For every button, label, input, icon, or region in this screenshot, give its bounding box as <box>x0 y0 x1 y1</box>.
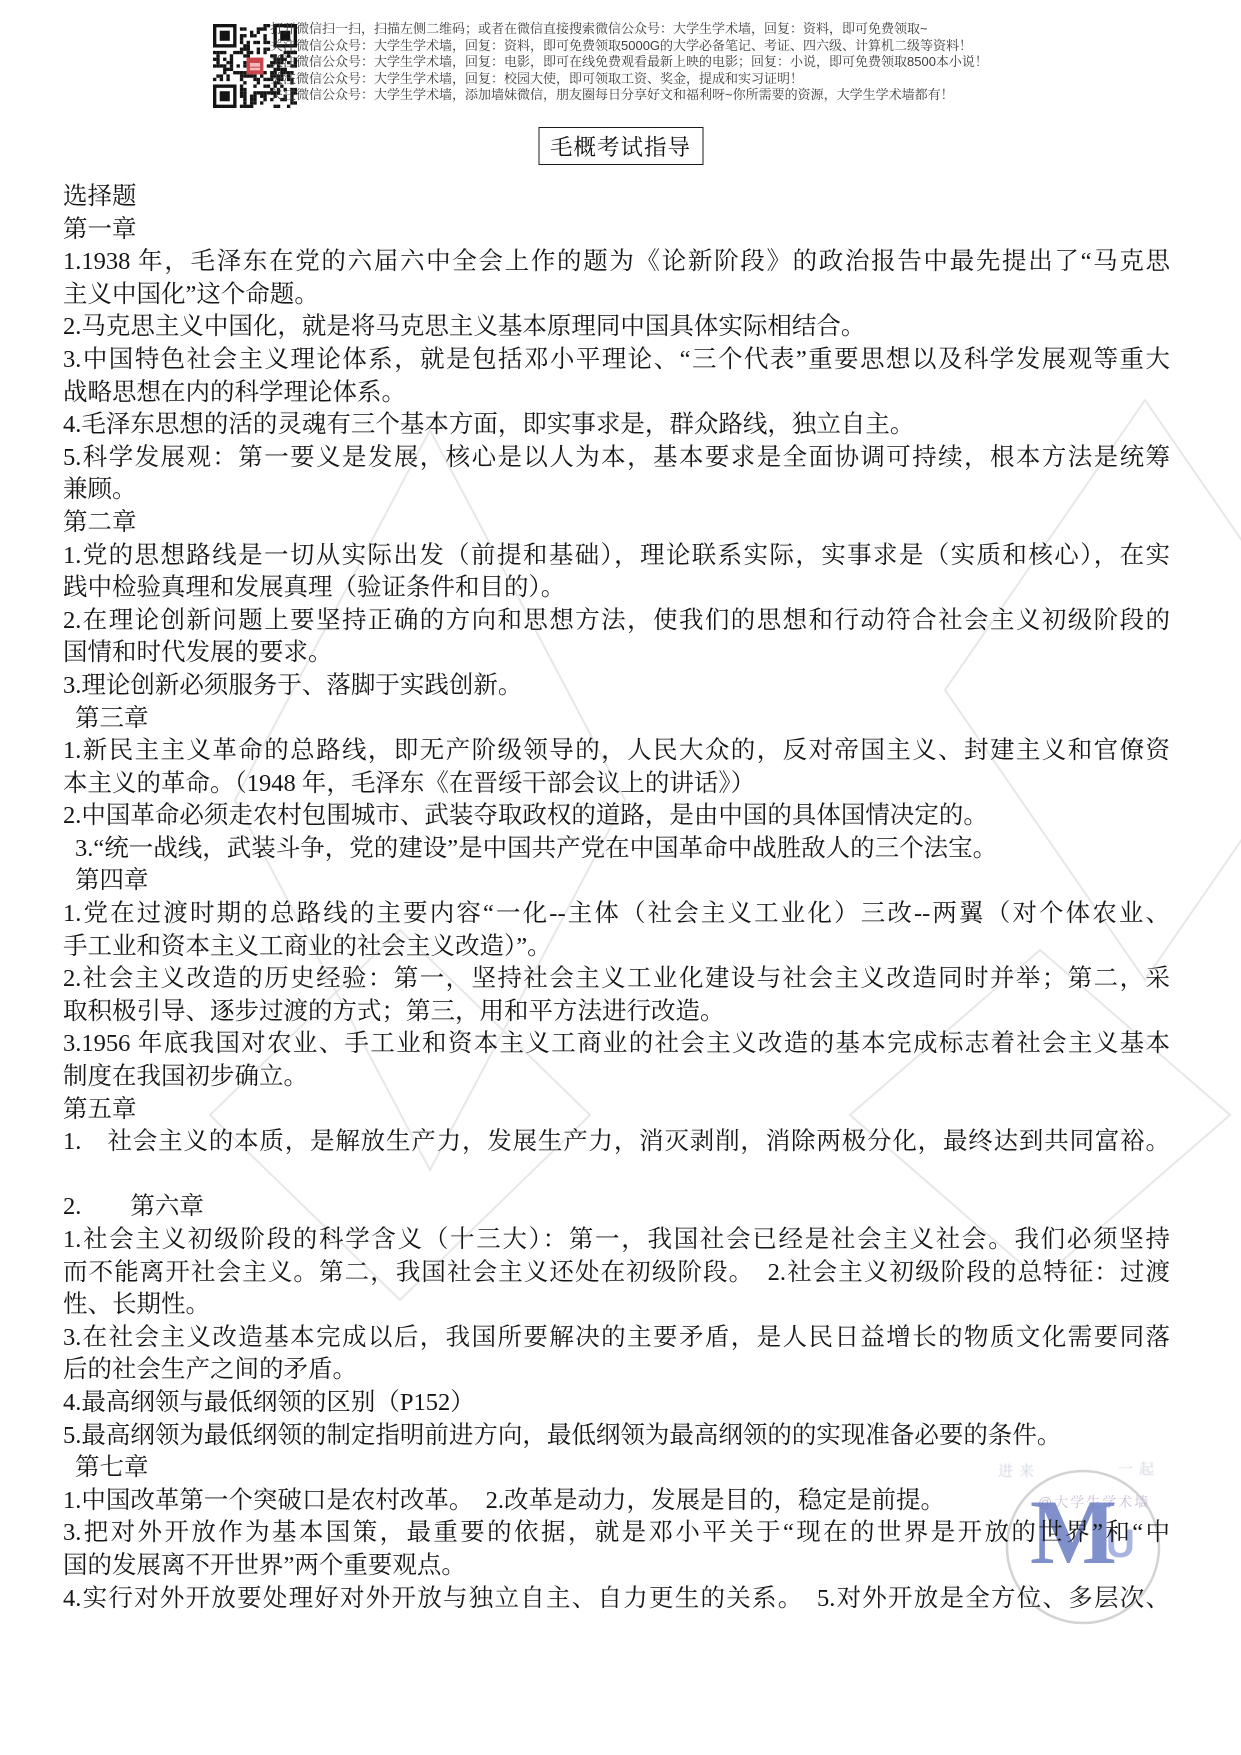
body-text-line: 3.“统一战线，武装斗争，党的建设”是中国共产党在中国革命中战胜敌人的三个法宝。 <box>63 833 1170 866</box>
body-text-line: 制度在我国初步确立。 <box>63 1061 1170 1094</box>
body-text-line: 第一章 <box>63 214 1170 247</box>
body-text-line: 国情和时代发展的要求。 <box>63 637 1170 670</box>
body-text-line: 践中检验真理和发展真理（验证条件和目的）。 <box>63 572 1170 605</box>
body-text-line: 第二章 <box>63 507 1170 540</box>
body-text-line: 1.党在过渡时期的总路线的主要内容“一化--主体（社会主义工业化）三改--两翼（… <box>63 898 1170 931</box>
body-text-line: 2.马克思主义中国化，就是将马克思主义基本原理同中国具体实际相结合。 <box>63 311 1170 344</box>
body-text-line: 战略思想在内的科学理论体系。 <box>63 377 1170 410</box>
body-text-line: 4.实行对外开放要处理好对外开放与独立自主、自力更生的关系。 5.对外开放是全方… <box>63 1583 1170 1616</box>
body-text-line: 2.中国革命必须走农村包围城市、武装夺取政权的道路，是由中国的具体国情决定的。 <box>63 800 1170 833</box>
body-text-line: 国的发展离不开世界”两个重要观点。 <box>63 1550 1170 1583</box>
header-promo-line: 关注微信公众号：大学生学术墙，回复：资料，即可免费领取5000G的大学必备笔记、… <box>270 38 1140 55</box>
body-text-line: 1. 社会主义的本质，是解放生产力，发展生产力，消灭剥削，消除两极分化，最终达到… <box>63 1126 1170 1159</box>
body-text-line: 第四章 <box>63 865 1170 898</box>
body-text-line: 主义中国化”这个命题。 <box>63 279 1170 312</box>
body-text-line: 后的社会生产之间的矛盾。 <box>63 1354 1170 1387</box>
body-text-line: 2. 第六章 <box>63 1191 1170 1224</box>
body-text-line: 本主义的革命。（1948 年，毛泽东《在晋绥干部会议上的讲话》） <box>63 768 1170 801</box>
body-text-line: 3.中国特色社会主义理论体系，就是包括邓小平理论、“三个代表”重要思想以及科学发… <box>63 344 1170 377</box>
body-text-line: 1.新民主主义革命的总路线，即无产阶级领导的，人民大众的，反对帝国主义、封建主义… <box>63 735 1170 768</box>
body-text-line: 3.理论创新必须服务于、落脚于实践创新。 <box>63 670 1170 703</box>
body-text-line: 第三章 <box>63 703 1170 736</box>
body-text-line: 取积极引导、逐步过渡的方式；第三，用和平方法进行改造。 <box>63 996 1170 1029</box>
body-text-line: 1.中国改革第一个突破口是农村改革。 2.改革是动力，发展是目的，稳定是前提。 <box>63 1485 1170 1518</box>
header-promo-line: 关注微信公众号：大学生学术墙，回复：电影，即可在线免费观看最新上映的电影；回复：… <box>270 54 1140 71</box>
body-text-line: 5.最高纲领为最低纲领的制定指明前进方向，最低纲领为最高纲领的的实现准备必要的条… <box>63 1420 1170 1453</box>
body-text-line: 兼顾。 <box>63 474 1170 507</box>
header-promo-line: 关注微信公众号：大学生学术墙，添加墙妹微信，朋友圈每日分享好文和福利呀~你所需要… <box>270 87 1140 104</box>
document-body: 选择题第一章1.1938 年，毛泽东在党的六届六中全会上作的题为《论新阶段》的政… <box>63 181 1170 1615</box>
body-text-line: 4.最高纲领与最低纲领的区别（P152） <box>63 1387 1170 1420</box>
body-text-line: 第五章 <box>63 1094 1170 1127</box>
header-promo-line: 打开微信扫一扫，扫描左侧二维码；或者在微信直接搜索微信公众号：大学生学术墙，回复… <box>270 21 1140 38</box>
body-text-line: 3.在社会主义改造基本完成以后，我国所要解决的主要矛盾，是人民日益增长的物质文化… <box>63 1322 1170 1355</box>
body-text-line: 性、长期性。 <box>63 1289 1170 1322</box>
body-text-line: 手工业和资本主义工商业的社会主义改造）”。 <box>63 931 1170 964</box>
body-text-line: 1.社会主义初级阶段的科学含义（十三大）：第一，我国社会已经是社会主义社会。我们… <box>63 1224 1170 1257</box>
body-text-line: 2.在理论创新问题上要坚持正确的方向和思想方法，使我们的思想和行动符合社会主义初… <box>63 605 1170 638</box>
body-text-line: 第七章 <box>63 1452 1170 1485</box>
page-title: 毛概考试指导 <box>538 127 703 165</box>
header-promo-line: 关注微信公众号：大学生学术墙，回复：校园大使，即可领取工资、奖金，提成和实习证明… <box>270 71 1140 88</box>
document-page: 进来 一起 @大学生学术墙 M U 打开微信扫一扫，扫描左侧二维码；或者在微信直… <box>0 0 1241 1755</box>
body-text-line: 1.1938 年，毛泽东在党的六届六中全会上作的题为《论新阶段》的政治报告中最先… <box>63 246 1170 279</box>
body-text-line: 3.1956 年底我国对农业、手工业和资本主义工商业的社会主义改造的基本完成标志… <box>63 1028 1170 1061</box>
body-text-line: 4.毛泽东思想的活的灵魂有三个基本方面，即实事求是，群众路线，独立自主。 <box>63 409 1170 442</box>
body-text-line: 2.社会主义改造的历史经验：第一，坚持社会主义工业化建设与社会主义改造同时并举；… <box>63 963 1170 996</box>
body-text-line: 而不能离开社会主义。第二，我国社会主义还处在初级阶段。 2.社会主义初级阶段的总… <box>63 1257 1170 1290</box>
body-text-line: 选择题 <box>63 181 1170 214</box>
header-promo-text: 打开微信扫一扫，扫描左侧二维码；或者在微信直接搜索微信公众号：大学生学术墙，回复… <box>270 21 1140 104</box>
body-text-line: 5.科学发展观：第一要义是发展，核心是以人为本，基本要求是全面协调可持续，根本方… <box>63 442 1170 475</box>
body-text-line: 3.把对外开放作为基本国策，最重要的依据，就是邓小平关于“现在的世界是开放的世界… <box>63 1517 1170 1550</box>
body-text-line: 1.党的思想路线是一切从实际出发（前提和基础），理论联系实际，实事求是（实质和核… <box>63 540 1170 573</box>
blank-line <box>63 1159 1170 1192</box>
